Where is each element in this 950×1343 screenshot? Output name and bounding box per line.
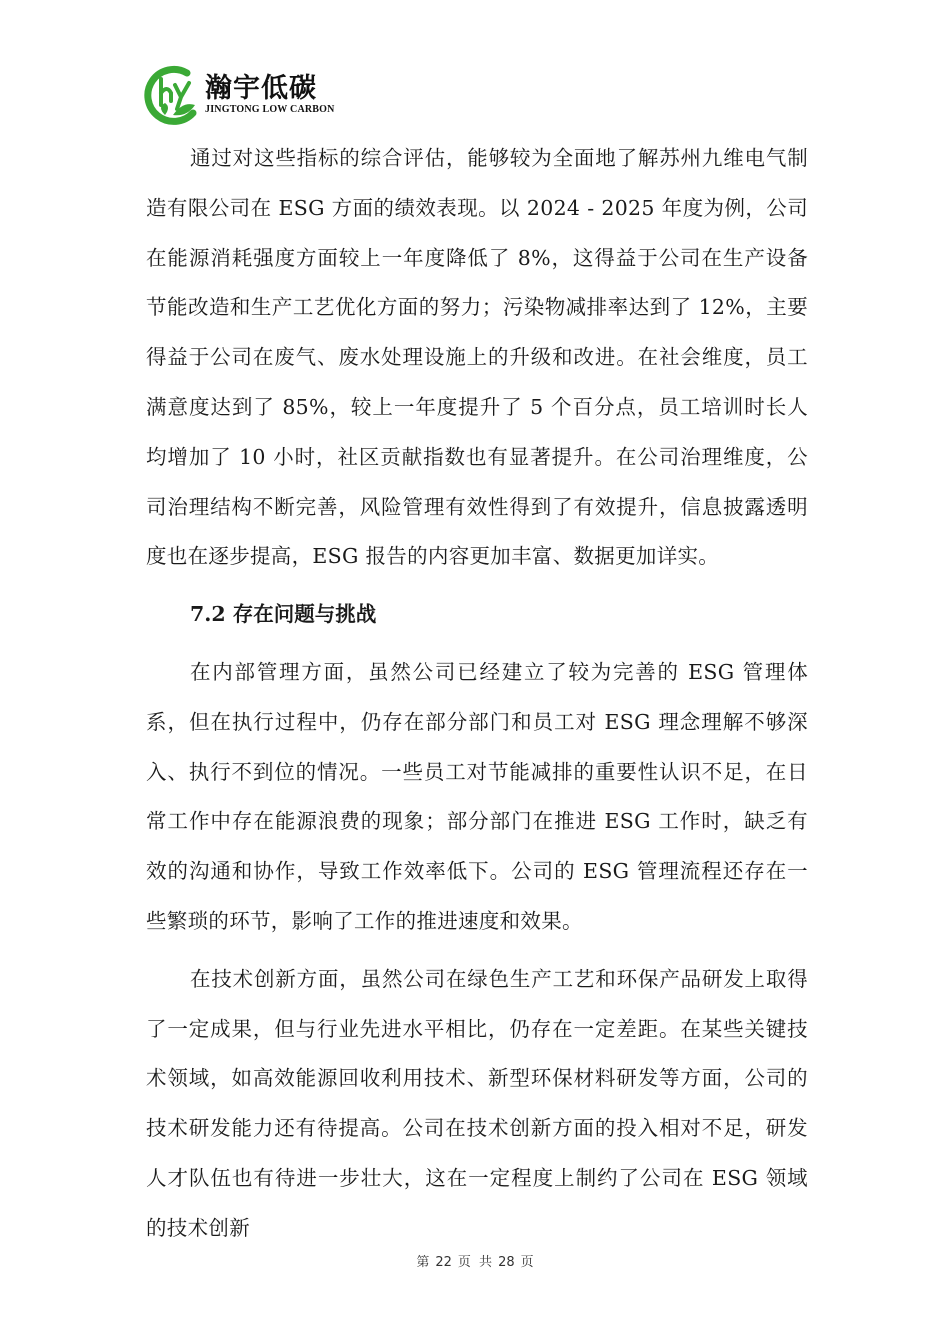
section-heading-7-2: 7.2 存在问题与挑战 xyxy=(146,590,808,640)
logo-name-en: JINGTONG LOW CARBON xyxy=(205,104,335,116)
footer-middle: 页 共 xyxy=(458,1255,492,1270)
logo-text: 瀚宇低碳 JINGTONG LOW CARBON xyxy=(205,74,335,116)
paragraph-esg-evaluation: 通过对这些指标的综合评估，能够较为全面地了解苏州九维电气制造有限公司在 ESG … xyxy=(146,134,808,582)
footer-suffix: 页 xyxy=(521,1255,534,1270)
footer-prefix: 第 xyxy=(416,1255,429,1270)
paragraph-internal-management: 在内部管理方面，虽然公司已经建立了较为完善的 ESG 管理体系，但在执行过程中，… xyxy=(146,648,808,947)
logo-leaf-icon xyxy=(143,65,203,125)
total-pages-number: 28 xyxy=(498,1255,515,1270)
paragraph-technical-innovation: 在技术创新方面，虽然公司在绿色生产工艺和环保产品研发上取得了一定成果，但与行业先… xyxy=(146,955,808,1254)
current-page-number: 22 xyxy=(435,1255,452,1270)
document-page: 瀚宇低碳 JINGTONG LOW CARBON 通过对这些指标的综合评估，能够… xyxy=(0,0,950,1343)
logo-name-cn: 瀚宇低碳 xyxy=(205,74,335,104)
document-body: 通过对这些指标的综合评估，能够较为全面地了解苏州九维电气制造有限公司在 ESG … xyxy=(146,134,808,1254)
page-number-footer: 第22页 共28页 xyxy=(0,1251,950,1270)
company-logo: 瀚宇低碳 JINGTONG LOW CARBON xyxy=(143,63,335,127)
